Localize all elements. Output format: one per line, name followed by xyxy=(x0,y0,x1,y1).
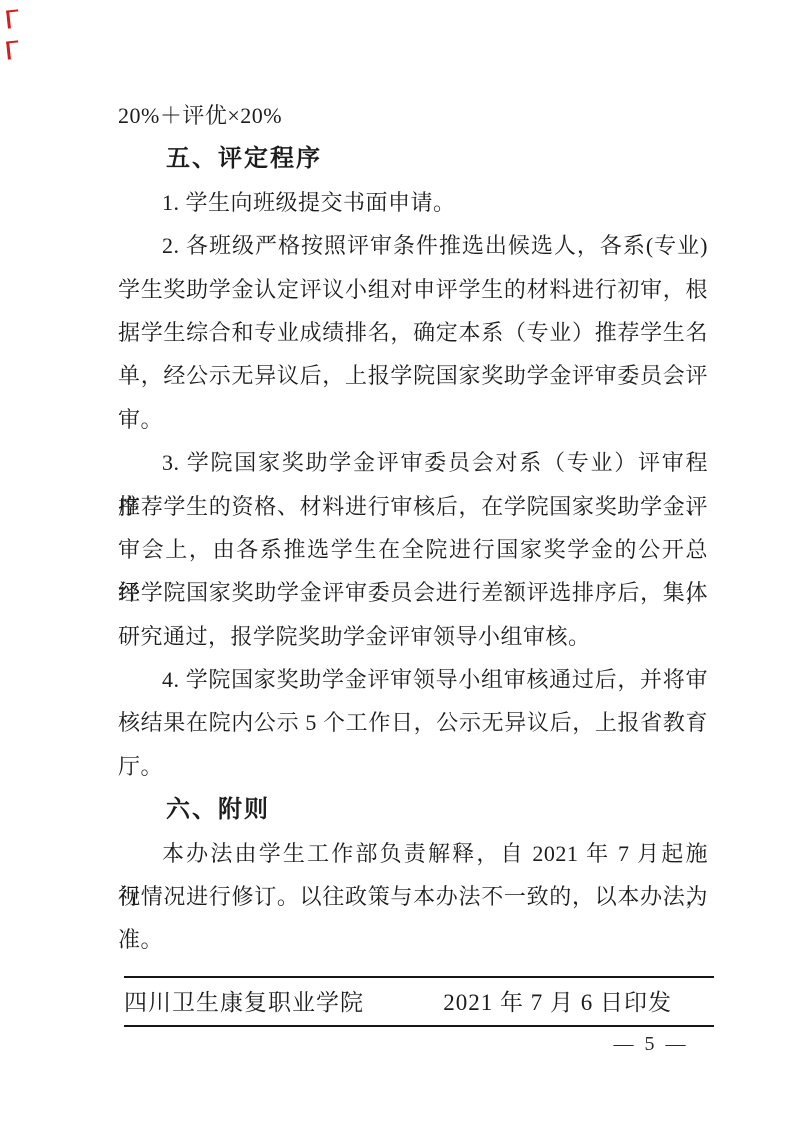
text-line: 核结果在院内公示 5 个工作日，公示无异议后，上报省教育 xyxy=(118,701,708,744)
text-line: 视情况进行修订。以往政策与本办法不一致的，以本办法为 xyxy=(118,875,708,918)
text-line: 单，经公示无异议后，上报学院国家奖助学金评审委员会评 xyxy=(118,354,708,397)
text-line: 20%＋评优×20% xyxy=(118,94,708,137)
footer-rule-top xyxy=(124,976,714,978)
text-line: 经学院国家奖助学金评审委员会进行差额评选排序后，集体 xyxy=(118,571,708,614)
document-body: 20%＋评优×20%五、评定程序1. 学生向班级提交书面申请。2. 各班级严格按… xyxy=(118,94,708,962)
red-mark-icon xyxy=(6,40,20,59)
text-line: 厅。 xyxy=(118,745,708,788)
text-line: 研究通过，报学院奖助学金评审领导小组审核。 xyxy=(118,615,708,658)
page-number: — 5 — xyxy=(606,1033,696,1056)
text-line: 本办法由学生工作部负责解释，自 2021 年 7 月起施行， xyxy=(118,832,708,875)
issuer-name: 四川卫生康复职业学院 xyxy=(124,986,364,1020)
section-heading: 六、附则 xyxy=(118,788,708,831)
red-mark-icon xyxy=(6,9,20,28)
text-line: 准。 xyxy=(118,918,708,961)
section-heading: 五、评定程序 xyxy=(118,137,708,180)
text-line: 据学生综合和专业成绩排名，确定本系（专业）推荐学生名 xyxy=(118,311,708,354)
footer-rule-bottom xyxy=(124,1025,714,1027)
text-line: 1. 学生向班级提交书面申请。 xyxy=(118,181,708,224)
text-line: 2. 各班级严格按照评审条件推选出候选人，各系(专业) xyxy=(118,224,708,267)
text-line: 学生奖助学金认定评议小组对申评学生的材料进行初审，根 xyxy=(118,268,708,311)
text-line: 4. 学院国家奖助学金评审领导小组审核通过后，并将审 xyxy=(118,658,708,701)
text-line: 审。 xyxy=(118,398,708,441)
print-date: 2021 年 7 月 6 日印发 xyxy=(443,986,672,1020)
document-page: 20%＋评优×20%五、评定程序1. 学生向班级提交书面申请。2. 各班级严格按… xyxy=(0,0,799,1130)
corner-marks xyxy=(7,10,27,62)
document-footer: 四川卫生康复职业学院 2021 年 7 月 6 日印发 xyxy=(124,986,672,1020)
text-line: 推荐学生的资格、材料进行审核后，在学院国家奖助学金评 xyxy=(118,485,708,528)
text-line: 3. 学院国家奖助学金评审委员会对系（专业）评审程序、 xyxy=(118,441,708,484)
text-line: 审会上，由各系推选学生在全院进行国家奖学金的公开总评， xyxy=(118,528,708,571)
